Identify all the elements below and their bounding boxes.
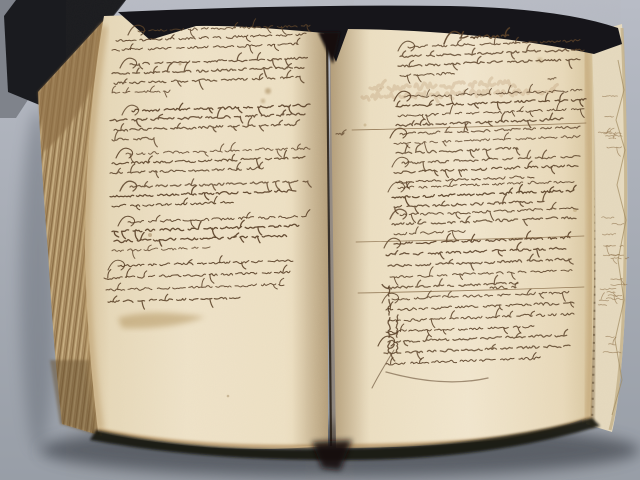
stain-spot bbox=[364, 124, 367, 127]
stain-spot bbox=[179, 63, 182, 66]
stain-spot bbox=[265, 88, 271, 94]
stain-spot bbox=[148, 233, 152, 237]
stain-spot bbox=[261, 99, 265, 103]
stain-spot bbox=[227, 395, 230, 398]
manuscript-photo: Open early-modern manuscript register wi… bbox=[0, 0, 640, 480]
manuscript-scene bbox=[0, 0, 640, 480]
